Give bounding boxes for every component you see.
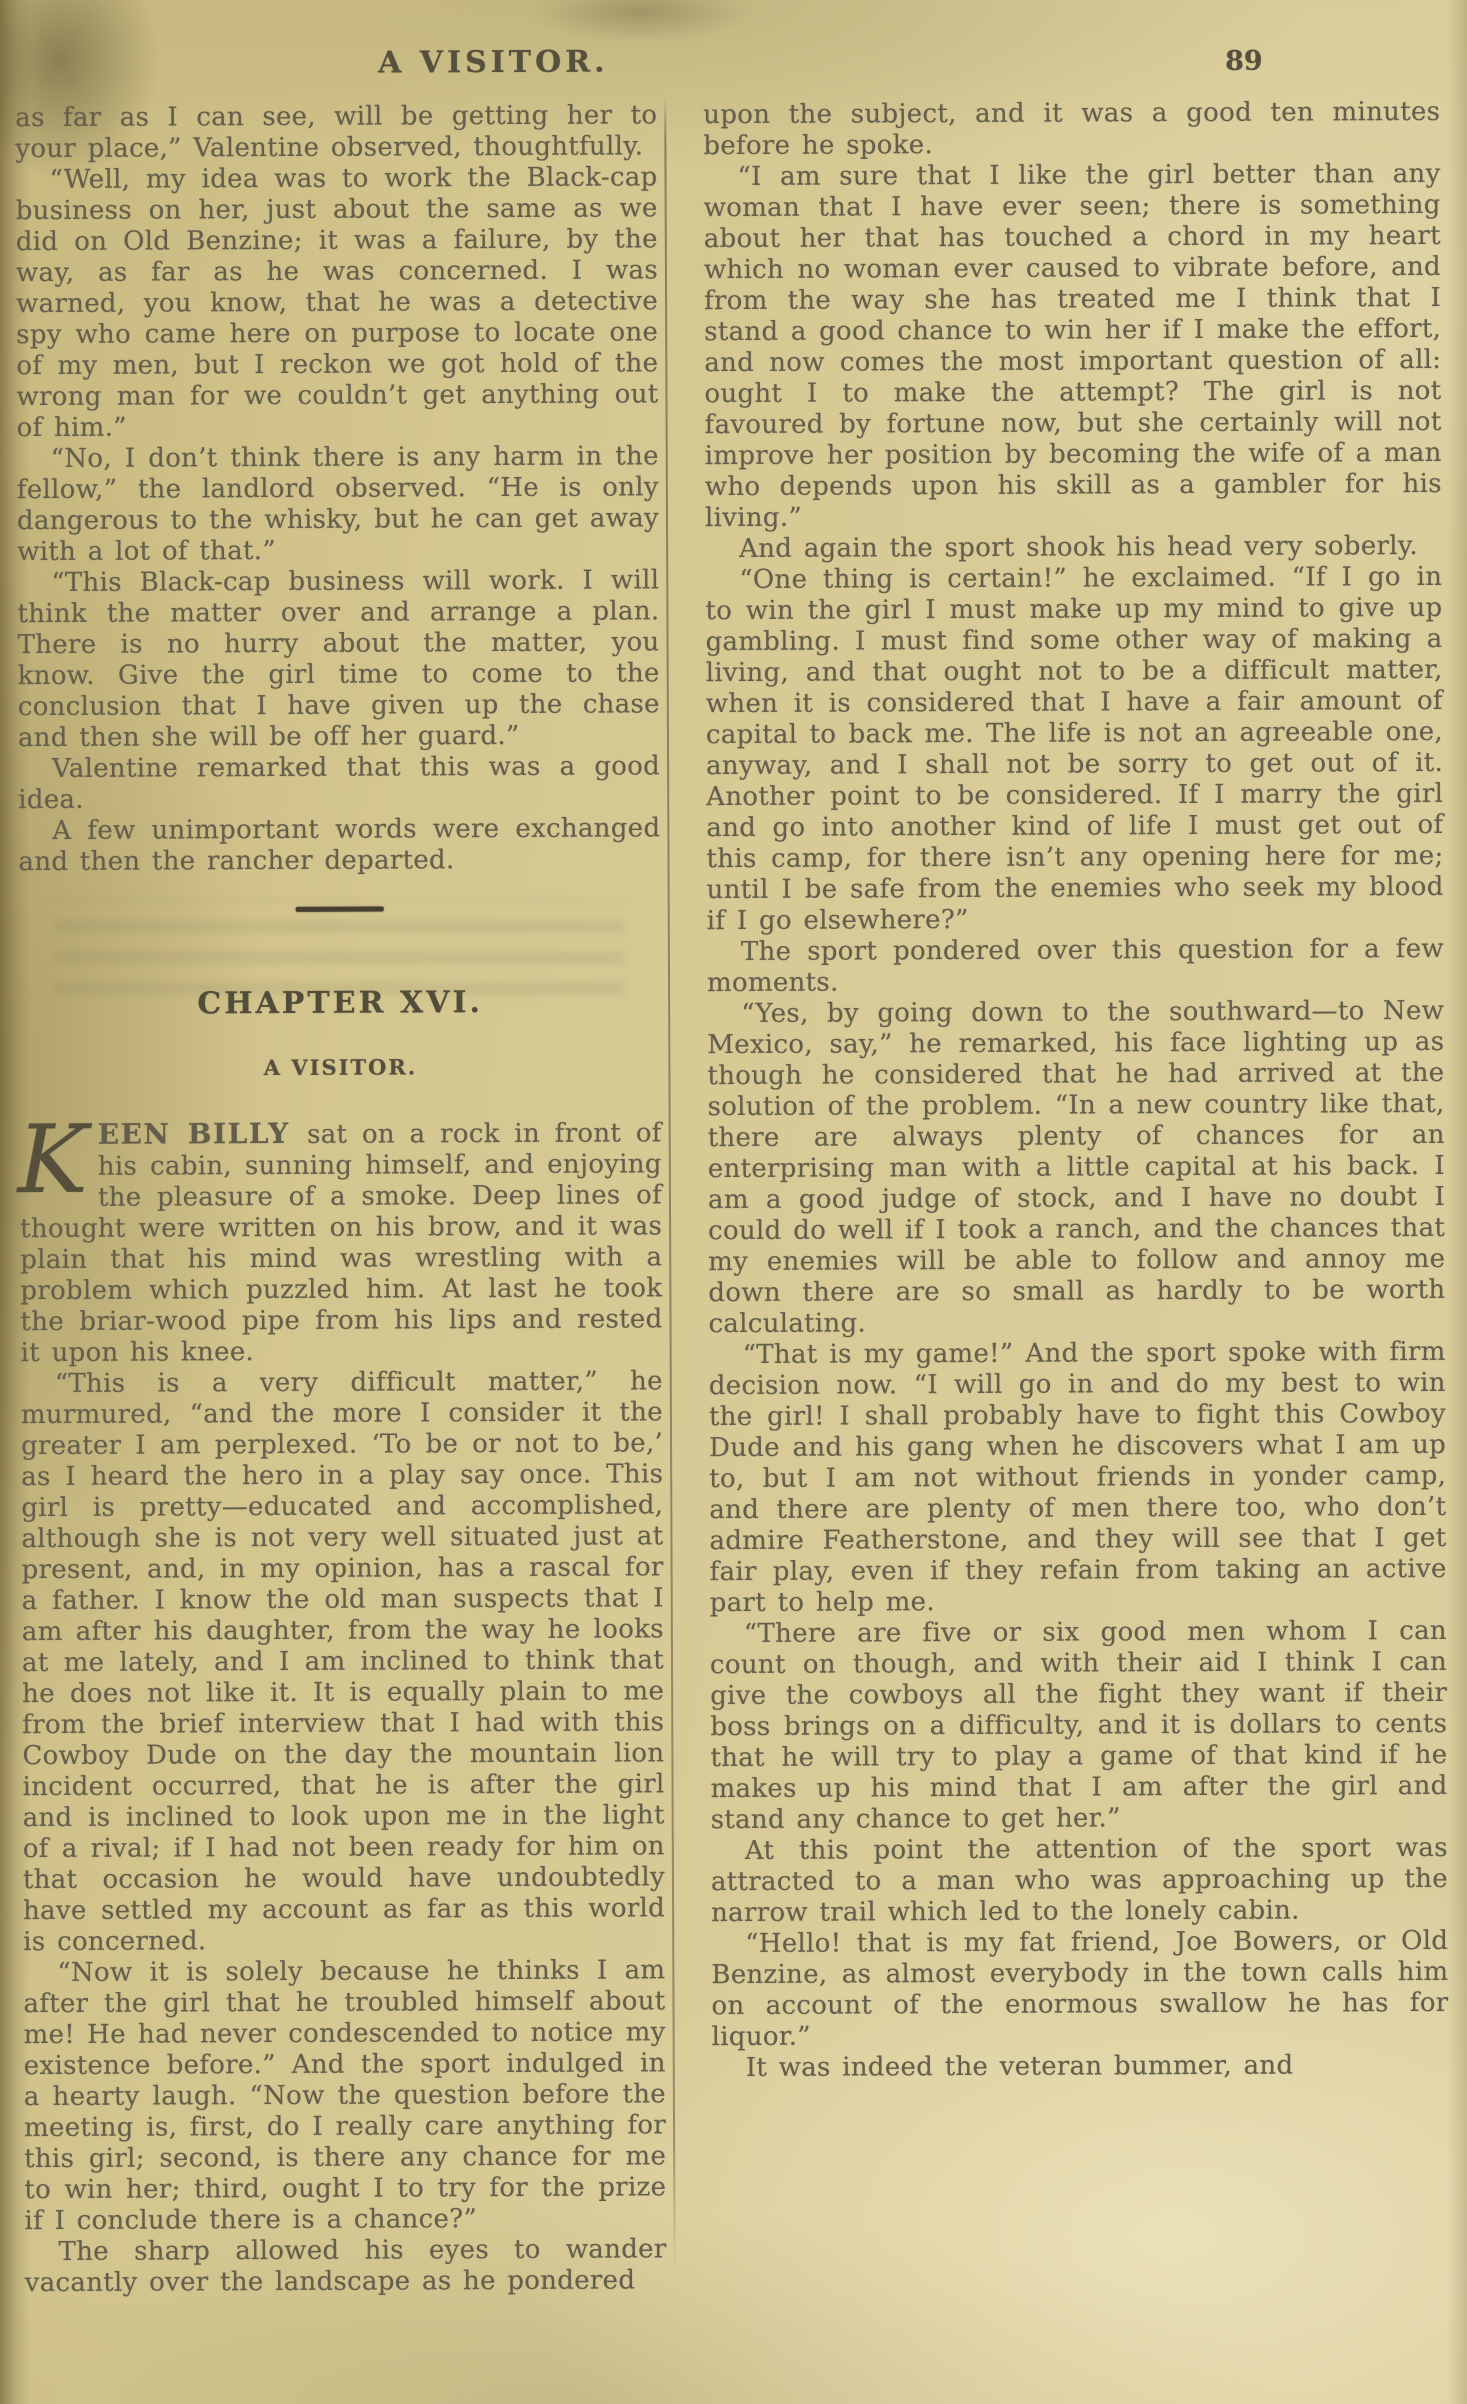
paragraph: It was indeed the veteran bummer, and xyxy=(712,2050,1449,2084)
right-column: upon the subject, and it was a good ten … xyxy=(703,97,1450,2296)
paragraph: “That is my game!” And the sport spoke w… xyxy=(709,1337,1447,1619)
text-columns: as far as I can see, will be getting her… xyxy=(15,97,1450,2299)
paragraph: A few unimportant words were exchanged a… xyxy=(18,813,660,878)
paragraph: “This is a very difficult matter,” he mu… xyxy=(21,1366,666,1958)
section-divider xyxy=(296,907,384,912)
drop-cap: K xyxy=(12,1121,94,1211)
paragraph: “One thing is certain!” he exclaimed. “I… xyxy=(705,562,1444,937)
paragraph: as far as I can see, will be getting her… xyxy=(15,100,657,165)
book-page: A VISITOR. 89 as far as I can see, will … xyxy=(0,0,1467,2404)
page-content: A VISITOR. 89 as far as I can see, will … xyxy=(0,0,1467,2404)
paragraph: “This Black-cap business will work. I wi… xyxy=(17,565,660,754)
left-column-section-1: as far as I can see, will be getting her… xyxy=(15,100,660,878)
paragraph: “Well, my idea was to work the Black-cap… xyxy=(15,162,658,444)
lead-in: EEN BILLY xyxy=(98,1117,308,1151)
paragraph: And again the sport shook his head very … xyxy=(705,531,1442,565)
paragraph: upon the subject, and it was a good ten … xyxy=(703,97,1440,162)
left-column-section-2: KEEN BILLY sat on a rock in front of his… xyxy=(20,1116,667,2299)
paragraph: KEEN BILLY sat on a rock in front of his… xyxy=(20,1116,663,1369)
paragraph: At this point the attention of the sport… xyxy=(711,1833,1448,1929)
paragraph: “Yes, by going down to the southward—to … xyxy=(707,996,1445,1340)
page-number: 89 xyxy=(1225,46,1263,77)
chapter-subheading: A VISITOR. xyxy=(19,1053,661,1081)
paragraph: “Hello! that is my fat friend, Joe Bower… xyxy=(711,1926,1449,2053)
paragraph: “There are five or six good men whom I c… xyxy=(710,1616,1448,1836)
paragraph: “No, I don’t think there is any harm in … xyxy=(17,441,660,568)
paragraph: Valentine remarked that this was a good … xyxy=(18,751,660,816)
chapter-heading: CHAPTER XVI. xyxy=(19,984,661,1022)
paragraph: “I am sure that I like the girl better t… xyxy=(703,159,1442,534)
paragraph: The sharp allowed his eyes to wander vac… xyxy=(25,2234,667,2299)
running-title: A VISITOR. xyxy=(378,45,609,81)
left-column: as far as I can see, will be getting her… xyxy=(15,100,667,2299)
paragraph: “Now it is solely because he thinks I am… xyxy=(23,1955,666,2237)
paragraph: The sport pondered over this question fo… xyxy=(707,934,1444,999)
